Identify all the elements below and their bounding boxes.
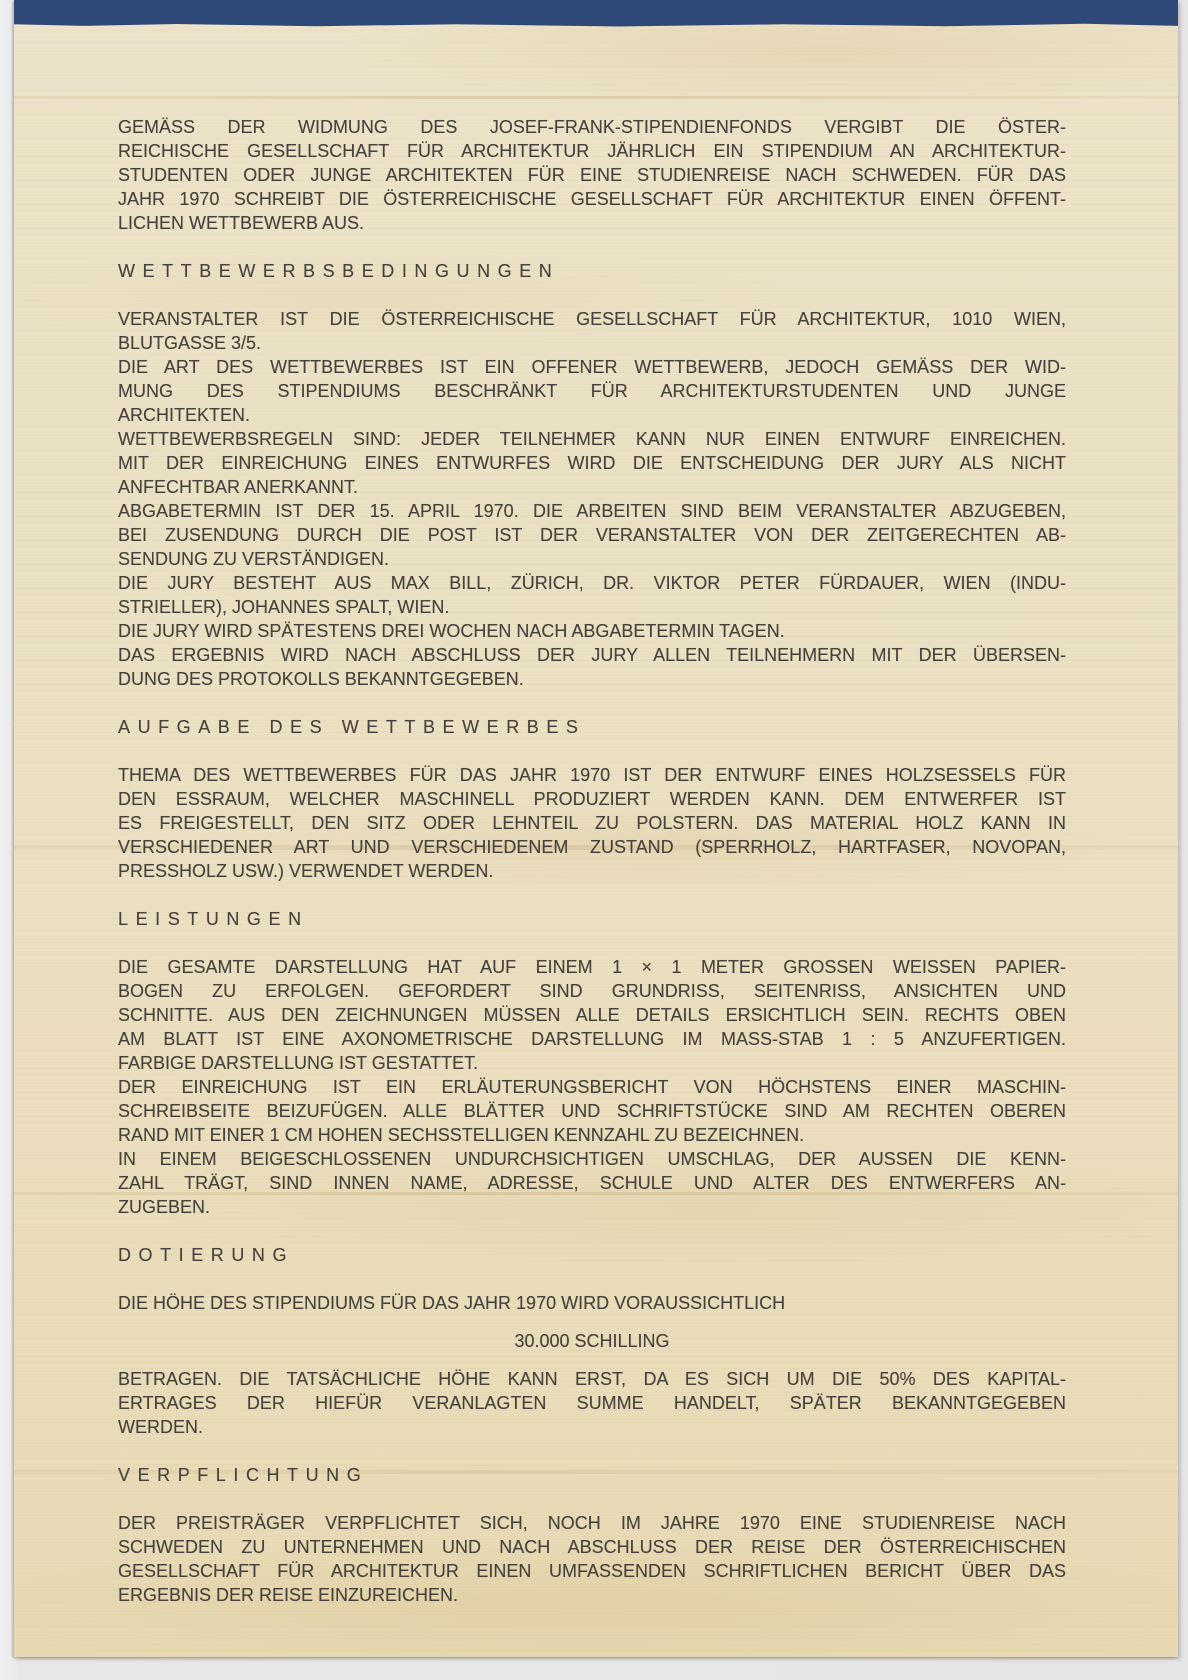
text-line: DIE JURY BESTEHT AUS MAX BILL, ZÜRICH, D… [118, 571, 1066, 595]
text-line: BLUTGASSE 3/5. [118, 331, 1066, 355]
text-line: DER EINREICHUNG IST EIN ERLÄUTERUNGSBERI… [118, 1075, 1066, 1099]
text-line: IN EINEM BEIGESCHLOSSENEN UNDURCHSICHTIG… [118, 1147, 1066, 1171]
section-heading: DOTIERUNG [118, 1243, 1066, 1267]
paragraph: GEMÄSS DER WIDMUNG DES JOSEF-FRANK-STIPE… [118, 115, 1066, 235]
text-line: SENDUNG ZU VERSTÄNDIGEN. [118, 547, 1066, 571]
text-line: STRIELLER), JOHANNES SPALT, WIEN. [118, 595, 1066, 619]
paragraph: THEMA DES WETTBEWERBES FÜR DAS JAHR 1970… [118, 763, 1066, 883]
section-heading: WETTBEWERBSBEDINGUNGEN [118, 259, 1066, 283]
text-line: AM BLATT IST EINE AXONOMETRISCHE DARSTEL… [118, 1027, 1066, 1051]
paragraph: WETTBEWERBSREGELN SIND: JEDER TEILNEHMER… [118, 427, 1066, 499]
text-line: GEMÄSS DER WIDMUNG DES JOSEF-FRANK-STIPE… [118, 115, 1066, 139]
text-line: THEMA DES WETTBEWERBES FÜR DAS JAHR 1970… [118, 763, 1066, 787]
text-line: BOGEN ZU ERFOLGEN. GEFORDERT SIND GRUNDR… [118, 979, 1066, 1003]
text-line: ZUGEBEN. [118, 1195, 1066, 1219]
paragraph: DIE ART DES WETTBEWERBES IST EIN OFFENER… [118, 355, 1066, 427]
text-line: DIE JURY WIRD SPÄTESTENS DREI WOCHEN NAC… [118, 619, 1066, 643]
text-line: LICHEN WETTBEWERB AUS. [118, 211, 1066, 235]
text-line: BETRAGEN. DIE TATSÄCHLICHE HÖHE KANN ERS… [118, 1367, 1066, 1391]
text-line: DUNG DES PROTOKOLLS BEKANNTGEGEBEN. [118, 667, 1066, 691]
text-line: STUDENTEN ODER JUNGE ARCHITEKTEN FÜR EIN… [118, 163, 1066, 187]
text-line: JAHR 1970 SCHREIBT DIE ÖSTERREICHISCHE G… [118, 187, 1066, 211]
text-line: WERDEN. [118, 1415, 1066, 1439]
paragraph: DER PREISTRÄGER VERPFLICHTET SICH, NOCH … [118, 1511, 1066, 1607]
text-line: ANFECHTBAR ANERKANNT. [118, 475, 1066, 499]
text-line: DIE ART DES WETTBEWERBES IST EIN OFFENER… [118, 355, 1066, 379]
section-heading: LEISTUNGEN [118, 907, 1066, 931]
text-line: DIE GESAMTE DARSTELLUNG HAT AUF EINEM 1 … [118, 955, 1066, 979]
text-line: MUNG DES STIPENDIUMS BESCHRÄNKT FÜR ARCH… [118, 379, 1066, 403]
paragraph: VERANSTALTER IST DIE ÖSTERREICHISCHE GES… [118, 307, 1066, 355]
text-line: DAS ERGEBNIS WIRD NACH ABSCHLUSS DER JUR… [118, 643, 1066, 667]
text-line: MIT DER EINREICHUNG EINES ENTWURFES WIRD… [118, 451, 1066, 475]
text-line: DEN ESSRAUM, WELCHER MASCHINELL PRODUZIE… [118, 787, 1066, 811]
paragraph: BETRAGEN. DIE TATSÄCHLICHE HÖHE KANN ERS… [118, 1367, 1066, 1439]
paragraph: ABGABETERMIN IST DER 15. APRIL 1970. DIE… [118, 499, 1066, 571]
document-body: GEMÄSS DER WIDMUNG DES JOSEF-FRANK-STIPE… [118, 115, 1066, 1607]
binding-band [14, 0, 1178, 27]
paragraph: 30.000 SCHILLING [118, 1329, 1066, 1353]
text-line: 30.000 SCHILLING [118, 1329, 1066, 1353]
text-line: RAND MIT EINER 1 CM HOHEN SECHSSTELLIGEN… [118, 1123, 1066, 1147]
scanned-page: GEMÄSS DER WIDMUNG DES JOSEF-FRANK-STIPE… [14, 0, 1178, 1657]
text-line: FARBIGE DARSTELLUNG IST GESTATTET. [118, 1051, 1066, 1075]
paragraph: DAS ERGEBNIS WIRD NACH ABSCHLUSS DER JUR… [118, 643, 1066, 691]
text-line: SCHWEDEN ZU UNTERNEHMEN UND NACH ABSCHLU… [118, 1535, 1066, 1559]
section-heading: AUFGABE DES WETTBEWERBES [118, 715, 1066, 739]
text-line: ERGEBNIS DER REISE EINZUREICHEN. [118, 1583, 1066, 1607]
text-line: WETTBEWERBSREGELN SIND: JEDER TEILNEHMER… [118, 427, 1066, 451]
text-line: GESELLSCHAFT FÜR ARCHITEKTUR EINEN UMFAS… [118, 1559, 1066, 1583]
fold-crease [14, 96, 1178, 99]
text-line: ES FREIGESTELLT, DEN SITZ ODER LEHNTEIL … [118, 811, 1066, 835]
text-line: ZAHL TRÄGT, SIND INNEN NAME, ADRESSE, SC… [118, 1171, 1066, 1195]
paragraph: DER EINREICHUNG IST EIN ERLÄUTERUNGSBERI… [118, 1075, 1066, 1147]
paragraph: DIE JURY WIRD SPÄTESTENS DREI WOCHEN NAC… [118, 619, 1066, 643]
text-line: DER PREISTRÄGER VERPFLICHTET SICH, NOCH … [118, 1511, 1066, 1535]
paragraph: DIE JURY BESTEHT AUS MAX BILL, ZÜRICH, D… [118, 571, 1066, 619]
text-line: SCHREIBSEITE BEIZUFÜGEN. ALLE BLÄTTER UN… [118, 1099, 1066, 1123]
paragraph: IN EINEM BEIGESCHLOSSENEN UNDURCHSICHTIG… [118, 1147, 1066, 1219]
text-line: ERTRAGES DER HIEFÜR VERANLAGTEN SUMME HA… [118, 1391, 1066, 1415]
text-line: ARCHITEKTEN. [118, 403, 1066, 427]
paragraph: DIE GESAMTE DARSTELLUNG HAT AUF EINEM 1 … [118, 955, 1066, 1075]
text-line: REICHISCHE GESELLSCHAFT FÜR ARCHITEKTUR … [118, 139, 1066, 163]
text-line: DIE HÖHE DES STIPENDIUMS FÜR DAS JAHR 19… [118, 1291, 1066, 1315]
text-line: SCHNITTE. AUS DEN ZEICHNUNGEN MÜSSEN ALL… [118, 1003, 1066, 1027]
text-line: VERSCHIEDENER ART UND VERSCHIEDENEM ZUST… [118, 835, 1066, 859]
paragraph: DIE HÖHE DES STIPENDIUMS FÜR DAS JAHR 19… [118, 1291, 1066, 1315]
text-line: ABGABETERMIN IST DER 15. APRIL 1970. DIE… [118, 499, 1066, 523]
text-line: BEI ZUSENDUNG DURCH DIE POST IST DER VER… [118, 523, 1066, 547]
text-line: PRESSHOLZ USW.) VERWENDET WERDEN. [118, 859, 1066, 883]
text-line: VERANSTALTER IST DIE ÖSTERREICHISCHE GES… [118, 307, 1066, 331]
section-heading: VERPFLICHTUNG [118, 1463, 1066, 1487]
